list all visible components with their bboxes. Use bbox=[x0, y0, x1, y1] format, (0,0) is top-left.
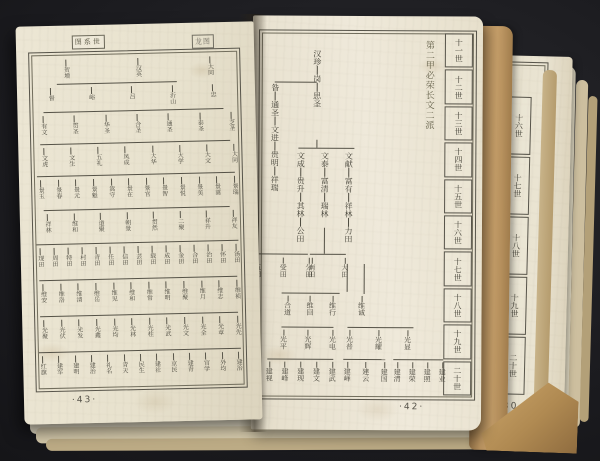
descendant-name: 村田 bbox=[79, 254, 85, 266]
connector bbox=[347, 264, 348, 292]
descendant-name: 二聚 bbox=[177, 218, 183, 230]
connector bbox=[324, 228, 325, 254]
descendant-name: 治田 bbox=[205, 251, 211, 263]
connector bbox=[343, 359, 385, 360]
left-page-43: 图系世 龙图 贺增汉英大同 督峪吕沂山忠 有文贯圣华圣合圣通圣泰圣芝圣 文虎文生… bbox=[16, 21, 263, 424]
connector-line bbox=[274, 167, 275, 176]
descendant-name: 峪 bbox=[88, 94, 94, 100]
descendant-name: 景蒿 bbox=[213, 183, 219, 195]
descendant-name: 贯圣 bbox=[71, 122, 77, 134]
descendant-name: 建荣 bbox=[408, 368, 415, 382]
descendant-name: 维月 bbox=[198, 288, 204, 300]
descendant-name: 景元 bbox=[72, 186, 78, 198]
connector-line bbox=[299, 218, 300, 227]
descendant-name: 通圣 bbox=[165, 120, 171, 132]
descendant-name: 青天 bbox=[121, 361, 127, 373]
descendant-name: 光文 bbox=[181, 324, 187, 336]
descendant-name: 泰圣 bbox=[196, 120, 202, 132]
descendant-name: 怀田 bbox=[219, 251, 225, 263]
descendant-name: 光聚 bbox=[40, 327, 46, 339]
descendant-name: 维和 bbox=[128, 289, 134, 301]
left-page-number: ·43· bbox=[72, 395, 97, 406]
generation-label: 十一世 bbox=[445, 33, 473, 68]
descendant-name: 大学 bbox=[176, 152, 182, 164]
descendant-name: 成田 bbox=[163, 252, 169, 264]
descendant-name: 景瑞 bbox=[231, 183, 237, 195]
generation-label: 十五世 bbox=[444, 179, 472, 214]
connector-line bbox=[324, 193, 325, 202]
descendant-name: 大华 bbox=[149, 153, 155, 165]
descendant-name: 景春 bbox=[55, 187, 61, 199]
ancestor-name: 文献 bbox=[344, 152, 352, 168]
descendant-name: 光伏 bbox=[58, 327, 64, 339]
connector-line bbox=[316, 83, 317, 92]
descendant-name: 维安 bbox=[40, 291, 46, 303]
ancestor-name: 文进 bbox=[270, 125, 278, 141]
descendant-name: 光鑫 bbox=[93, 326, 99, 338]
descendant-name: 建清 bbox=[393, 368, 400, 382]
tree-row-1: 督峪吕沂山忠 bbox=[47, 84, 215, 107]
descendant-name: 建文 bbox=[312, 368, 319, 382]
descendant-name: 芸田 bbox=[135, 253, 141, 265]
descendant-name: 红旗 bbox=[39, 363, 45, 375]
right-page-number: ·42· bbox=[399, 402, 424, 412]
descendant-name: 大同 bbox=[230, 151, 236, 163]
top-stamp-label: 龙图 bbox=[192, 34, 214, 48]
descendant-name: 合田 bbox=[191, 252, 197, 264]
ancestor-name: 富有 bbox=[344, 177, 352, 193]
descendant-name: 周田 bbox=[51, 255, 57, 267]
descendant-name: 建照 bbox=[423, 368, 430, 382]
ancestor-name: 祥瑞 bbox=[270, 175, 278, 191]
descendant-name: 景官 bbox=[143, 185, 149, 197]
descendant-name: 光辉 bbox=[304, 336, 311, 350]
descendant-name: 金田 bbox=[177, 252, 183, 264]
ancestor-name: 思圣 bbox=[313, 92, 321, 108]
descendant-name: 建治 bbox=[88, 362, 94, 374]
right-page-42: 第二甲必荣长文二派 十一世十二世十三世十四世十五世十六世十七世十八世十九世二十世… bbox=[251, 15, 483, 430]
generation-20-row-1: 建视建峰建现建文建武 bbox=[265, 361, 335, 381]
connector-line bbox=[316, 66, 317, 75]
connector-line bbox=[274, 92, 275, 101]
descendant-name: 祥升 bbox=[203, 217, 209, 229]
running-header-label: 图系世 bbox=[72, 35, 105, 50]
connector-line bbox=[274, 117, 275, 126]
descendant-name: 官学 bbox=[202, 359, 208, 371]
connector bbox=[316, 140, 317, 148]
descendant-name: 芝圣 bbox=[228, 119, 234, 131]
descendant-name: 朝景 bbox=[124, 219, 130, 231]
descendant-name: 文生 bbox=[68, 154, 74, 166]
tree-roots-row: 贺增汉英大同 bbox=[62, 56, 212, 78]
sons-row-c2: 南田大田 bbox=[308, 258, 348, 278]
descendant-name: 沂山 bbox=[169, 92, 175, 104]
generation-18-row-right: 维诚 bbox=[358, 296, 372, 316]
ancestor-name: 富清 bbox=[320, 177, 328, 193]
lineage-chain-3: 文成贵升其林公田 bbox=[292, 152, 308, 243]
descendant-name: 吕 bbox=[128, 93, 134, 99]
descendant-name: 建治 bbox=[235, 359, 241, 371]
descendant-name: 光林 bbox=[128, 325, 134, 337]
descendant-name: 道聚 bbox=[97, 220, 103, 232]
lineage-chain-4: 昝通圣文进贵明祥瑞 bbox=[266, 83, 283, 191]
ancestor-name: 汉英 bbox=[134, 65, 140, 77]
ancestor-name: 文成 bbox=[296, 152, 304, 168]
generation-19-row-left: 光平光辉光电 bbox=[279, 330, 335, 350]
descendant-name: 青田 bbox=[93, 254, 99, 266]
descendant-name: 合道 bbox=[284, 302, 291, 316]
descendant-name: 载田 bbox=[149, 253, 155, 265]
descendant-name: 祥友 bbox=[230, 217, 236, 229]
descendant-name: 文虎 bbox=[40, 155, 46, 167]
descendant-name: 光柱 bbox=[146, 325, 152, 337]
descendant-name: 建武 bbox=[328, 368, 335, 382]
lineage-chain-1: 文献富有祥林力田 bbox=[340, 152, 356, 243]
connector-line bbox=[300, 193, 301, 202]
descendant-name: 光章 bbox=[217, 323, 223, 335]
descendant-name: 督 bbox=[47, 95, 53, 101]
connector-line bbox=[348, 193, 349, 202]
descendant-name: 嵩守 bbox=[108, 186, 114, 198]
descendant-name: 光全 bbox=[199, 324, 205, 336]
descendant-name: 大文 bbox=[203, 151, 209, 163]
ancestor-name: 祥林 bbox=[344, 202, 352, 218]
photo-of-genealogy-book: 十六世十七世十八世十九世二十世 ·80· 第二甲必荣长文二派 十一世十二世十三世… bbox=[0, 0, 600, 461]
generation-label: 十八世 bbox=[443, 288, 471, 323]
ancestor-name: 通圣 bbox=[271, 100, 279, 116]
descendant-name: 有文 bbox=[40, 123, 46, 135]
connector bbox=[310, 254, 346, 255]
descendant-name: 京民 bbox=[170, 360, 176, 372]
descendant-name: 建明 bbox=[72, 362, 78, 374]
generation-column: 十一世十二世十三世十四世十五世十六世十七世十八世十九世二十世 bbox=[443, 32, 473, 396]
descendant-name: 光武 bbox=[164, 324, 170, 336]
descendant-name: 光发 bbox=[76, 326, 82, 338]
descendant-name: 祥林 bbox=[44, 221, 50, 233]
lineage-chain-2: 文泰富清瑞林 bbox=[316, 152, 332, 218]
generation-20-row-2: 建峄建云建国 bbox=[343, 362, 387, 382]
generation-label: 十二世 bbox=[445, 70, 473, 105]
generation-label: 十四世 bbox=[444, 143, 472, 178]
descendant-name: 贯然 bbox=[150, 219, 156, 231]
descendant-name: 维志 bbox=[216, 287, 222, 299]
descendant-name: 维行 bbox=[329, 302, 336, 316]
descendant-name: 受田 bbox=[279, 264, 286, 278]
ancestor-name: 大同 bbox=[206, 63, 212, 75]
connector bbox=[364, 264, 365, 294]
descendant-name: 建云 bbox=[362, 368, 369, 382]
descendant-name: 维祯 bbox=[233, 287, 239, 299]
connector bbox=[275, 82, 317, 83]
descendant-name: 维洛 bbox=[57, 291, 63, 303]
descendant-name: 光普 bbox=[345, 336, 352, 350]
descendant-name: 合圣 bbox=[134, 121, 140, 133]
descendant-name: 景智 bbox=[161, 184, 167, 196]
connector-line bbox=[274, 142, 275, 151]
ancestor-name: 汉珍 bbox=[313, 50, 321, 66]
descendant-name: 分田 bbox=[305, 264, 312, 278]
descendant-name: 五礼 bbox=[95, 154, 101, 166]
ancestor-name: 瑞林 bbox=[320, 202, 328, 218]
ancestor-name: 力田 bbox=[344, 227, 352, 243]
descendant-name: 建军 bbox=[55, 363, 61, 375]
descendant-name: 汤田 bbox=[233, 251, 239, 263]
ancestor-name: 公田 bbox=[296, 227, 304, 243]
descendant-name: 外均 bbox=[219, 359, 225, 371]
descendant-name: 光平 bbox=[279, 336, 286, 350]
descendant-name: 景美 bbox=[196, 184, 202, 196]
descendant-name: 礼名 bbox=[104, 362, 110, 374]
descendant-name: 景在 bbox=[125, 185, 131, 197]
descendant-name: 民生 bbox=[137, 361, 143, 373]
descendant-name: 维岳 bbox=[92, 290, 98, 302]
connector-line bbox=[324, 168, 325, 177]
descendant-name: 景玉 bbox=[37, 187, 43, 199]
section-title: 第二甲必荣长文二派 bbox=[422, 40, 436, 200]
descendant-name: 建国 bbox=[380, 368, 387, 382]
descendant-name: 维清 bbox=[75, 290, 81, 302]
descendant-name: 维见 bbox=[110, 290, 116, 302]
descendant-name: 光先 bbox=[234, 323, 240, 335]
ancestor-name: 其林 bbox=[296, 202, 304, 218]
descendant-name: 维明 bbox=[163, 288, 169, 300]
descendant-name: 凤成 bbox=[122, 153, 128, 165]
descendant-name: 维回 bbox=[306, 302, 313, 316]
ancestor-name: 贺增 bbox=[62, 67, 68, 79]
connector-line bbox=[300, 168, 301, 177]
descendant-name: 建现 bbox=[297, 368, 304, 382]
lineage-chain-main: 汉珍岗思圣 bbox=[309, 50, 325, 108]
ancestor-name: 昝 bbox=[271, 83, 279, 91]
descendant-name: 维诚 bbox=[358, 302, 365, 316]
descendant-name: 建青 bbox=[186, 360, 192, 372]
descendant-name: 特田 bbox=[65, 255, 71, 267]
descendant-name: 建峰 bbox=[281, 368, 288, 382]
descendant-name: 信田 bbox=[121, 253, 127, 265]
descendant-name: 任田 bbox=[107, 254, 113, 266]
connector-line bbox=[347, 218, 348, 227]
descendant-name: 景悦 bbox=[178, 184, 184, 196]
descendant-name: 光耀 bbox=[374, 336, 381, 350]
connector-line bbox=[348, 168, 349, 177]
generation-18-row-left: 合道维回维行 bbox=[284, 296, 336, 316]
generation-20-row-3: 建清建荣建照建业 bbox=[393, 362, 445, 382]
generation-label: 二十世 bbox=[443, 361, 471, 396]
descendant-name: 维常 bbox=[145, 289, 151, 301]
generation-label: 十七世 bbox=[444, 252, 472, 287]
descendant-name: 光均 bbox=[111, 326, 117, 338]
descendant-name: 建业 bbox=[438, 368, 445, 382]
descendant-name: 建社 bbox=[153, 361, 159, 373]
descendant-name: 建峄 bbox=[343, 368, 350, 382]
generation-label: 十六世 bbox=[444, 215, 472, 250]
descendant-name: 景魁 bbox=[90, 186, 96, 198]
descendant-name: 忠 bbox=[209, 91, 215, 97]
descendant-name: 光显 bbox=[403, 336, 410, 350]
descendant-name: 现田 bbox=[37, 255, 43, 267]
descendant-name: 光电 bbox=[328, 336, 335, 350]
generation-19-row-right: 光显 bbox=[403, 330, 417, 350]
descendant-name: 维聚 bbox=[180, 288, 186, 300]
ancestor-name: 文泰 bbox=[320, 152, 328, 168]
generation-label: 十三世 bbox=[444, 106, 472, 141]
descendant-name: 华圣 bbox=[102, 122, 108, 134]
generation-19-row-mid: 光普光耀 bbox=[345, 330, 381, 350]
descendant-name: 维和 bbox=[70, 220, 76, 232]
ancestor-name: 贵明 bbox=[270, 150, 278, 166]
ancestor-name: 贵升 bbox=[296, 177, 304, 193]
generation-label: 十九世 bbox=[443, 325, 471, 360]
